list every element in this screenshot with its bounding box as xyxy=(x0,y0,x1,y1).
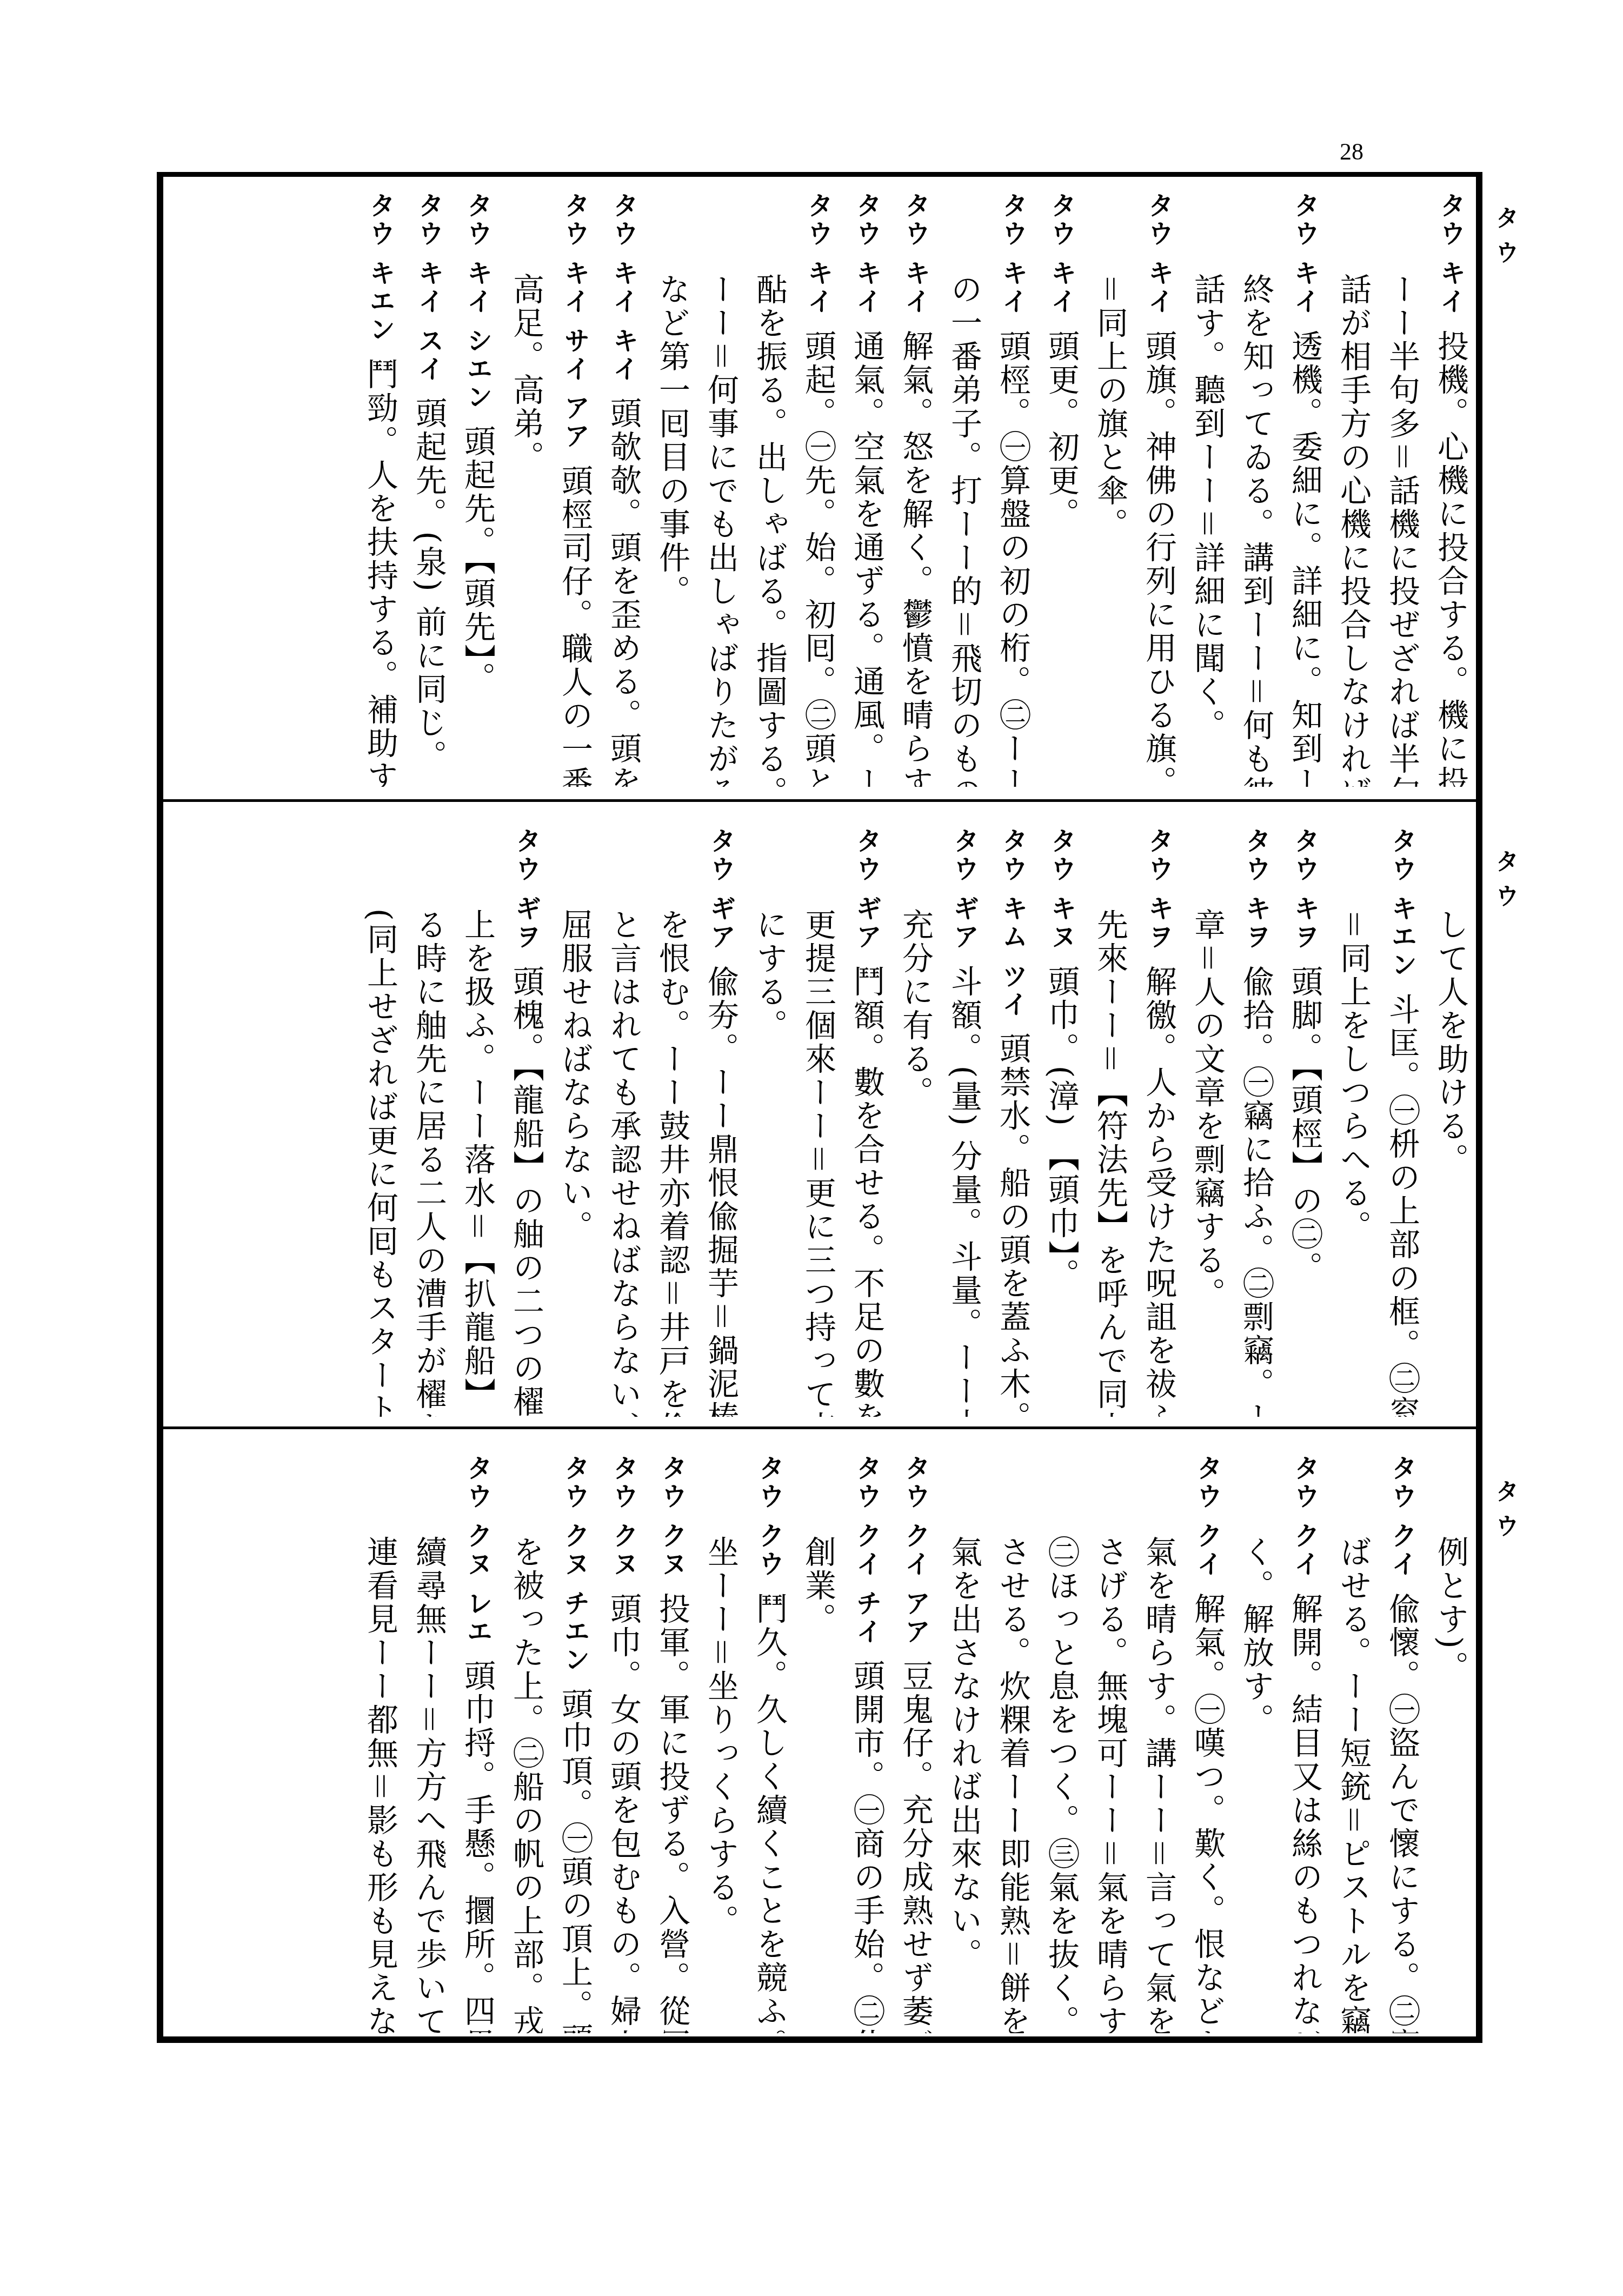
entry-text: 坐ーー＝坐りっくらする。 xyxy=(702,1536,739,1938)
entry-reading: タウ クウ xyxy=(754,1455,784,1578)
entry-reading: タウ キイ シエン xyxy=(462,192,493,411)
entry-continuation: 章＝人の文章を剽竊する。 xyxy=(1179,827,1227,1417)
dictionary-entry: タウ キイ サイ アア頭桱司仔。職人の一番弟子。 xyxy=(546,192,595,787)
entry-text: を被った上。㊁船の帆の上部。戎克の頂上の帆。 xyxy=(508,1536,544,2033)
entry-continuation: 氣を晴らす。講ーー＝言って氣を晴らす。溜飲を xyxy=(1130,1455,1179,2033)
dictionary-entry: タウ クイ アア豆鬼仔。充分成熟せず萎びた小な豆。 xyxy=(887,1455,935,2033)
entry-text: 頭巾頂。㊀頭の頂上。頭上。頭巾 xyxy=(556,1688,593,2033)
entry-text: ＝同上の旗と傘。 xyxy=(1092,273,1128,541)
entry-text: 頭槐。【龍船】の舳の二つの櫂。擧ーー＝同 xyxy=(508,965,544,1417)
margin-index-label: タウ xyxy=(1484,849,1522,918)
entry-text: 解徼。人から受けた呪詛を祓ふ。叫符法 xyxy=(1140,965,1177,1417)
dictionary-entry: タウ キイ頭旗。神佛の行列に用ひる旗。ーー涼傘 xyxy=(1130,192,1179,787)
entry-text: 頭更。初更。 xyxy=(1043,330,1080,531)
entry-reading: タウ ギア xyxy=(706,827,736,951)
entry-text: 解氣。怒を解く。鬱憤を晴らす。 xyxy=(897,330,934,787)
entry-continuation: る時に舳先に居る二人の漕手が櫂を動かすこと xyxy=(400,827,449,1417)
entry-continuation: 創業。 xyxy=(789,1455,838,2033)
entry-continuation: ーー＝何事にでも出しゃばりたがる。㊂訴訟事件 xyxy=(692,192,741,787)
entry-text: にする。 xyxy=(751,908,788,1043)
entry-reading: タウ キイ xyxy=(1289,192,1320,316)
dictionary-entry: タウ キイ シエン頭起先。【頭先】。 xyxy=(449,192,497,787)
entry-continuation: (同上せざれば更に何囘もスタートをきり直すを xyxy=(351,827,400,1417)
entry-reading: タウ クイ xyxy=(1289,1455,1320,1578)
dictionary-entry: タウ クイ解開。結目又は絲のもつれなどを解く。緍 xyxy=(1276,1455,1325,2033)
dictionary-entry: タウ クヌ頭巾。女の頭を包むもの。婦人の頭巾。鉢 xyxy=(595,1455,643,2033)
entry-reading: タウ クイ xyxy=(1387,1455,1417,1578)
entry-text: 例とす)。 xyxy=(1432,1536,1469,1684)
entry-text: 更提三個來ーー＝更に三つ持って來て一定の數 xyxy=(800,908,836,1417)
entry-text: 屈服せねばならない。 xyxy=(556,908,593,1244)
entry-text: 氣を晴らす。講ーー＝言って氣を晴らす。溜飲を xyxy=(1140,1536,1177,2033)
entry-continuation: 充分に有る。 xyxy=(887,827,935,1417)
entry-text: など第一囘目の事件。 xyxy=(654,273,690,608)
entry-continuation: 更提三個來ーー＝更に三つ持って來て一定の數 xyxy=(789,827,838,1417)
entry-band-bottom: 例とす)。タウ クイ偸懷。㊀盜んで懷にする。㊁竊に懷中に忍ばせる。ーー短銃＝ピス… xyxy=(168,1455,1471,2033)
entry-reading: タウ クヌ チエン xyxy=(560,1455,590,1674)
entry-text: して人を助ける。 xyxy=(1432,908,1469,1177)
entry-text: 連看見ーー都無＝影も形も見えない。你都 xyxy=(362,1536,398,2033)
entry-continuation: 終を知ってゐる。講到ーー＝何も彼も打明けて xyxy=(1227,192,1276,787)
entry-text: 解氣。㊀嘆つ。歎く。恨などを人に話して xyxy=(1189,1592,1226,2033)
dictionary-entry: タウ キエン斗匡。㊀枡の上部の框。㊁窓框。張ーー xyxy=(1373,827,1422,1417)
entry-continuation: にする。 xyxy=(741,827,789,1417)
entry-text: 上を扱ふ。ーー落水＝【扒龍船】のスタートをき xyxy=(459,908,496,1417)
entry-reading: タウ キイ xyxy=(1046,192,1076,316)
entry-continuation: など第一囘目の事件。 xyxy=(643,192,692,787)
dictionary-entry: タウ キヌ頭巾。(漳) 【頭巾】。 xyxy=(1033,827,1081,1417)
entry-continuation: さげる。無塊可ーー＝氣を晴らす方法が無い。 xyxy=(1081,1455,1130,2033)
entry-reading: タウ キヲ xyxy=(1241,827,1271,951)
entry-text: 話が相手方の心機に投合しなければ半句も多い。 xyxy=(1335,273,1372,787)
entry-text: 頭巾。女の頭を包むもの。婦人の頭巾。鉢 xyxy=(605,1592,642,2033)
entry-reading: タウ クヌ xyxy=(657,1455,687,1578)
entry-text: 頭脚。【頭桱】の㊁。 xyxy=(1286,965,1323,1285)
entry-text: 頭桱司仔。職人の一番弟子。 xyxy=(556,464,593,787)
dictionary-entry: タウ キイ解氣。怒を解く。鬱憤を晴らす。 xyxy=(887,192,935,787)
entry-text: 頭旗。神佛の行列に用ひる旗。ーー涼傘 xyxy=(1140,330,1177,787)
entry-text: 續尋無ーー＝方方へ飛んで歩いて捜様がない。 xyxy=(410,1536,447,2033)
entry-continuation: 屈服せねばならない。 xyxy=(546,827,595,1417)
entry-continuation: 話す。聽到ーー＝詳細に聞く。 xyxy=(1179,192,1227,787)
entry-continuation: ーー半句多＝話機に投ぜざれば半句も多し、 xyxy=(1373,192,1422,787)
entry-text: 創業。 xyxy=(800,1536,836,1636)
dictionary-entry: タウ ギア斗額。(量) 分量。斗量。ーー十足＝分量が xyxy=(935,827,984,1417)
entry-text: 斗額。(量) 分量。斗量。ーー十足＝分量が xyxy=(946,965,982,1417)
entry-text: 氣を出さなければ出來ない。 xyxy=(946,1536,982,1972)
entry-reading: タウ キイ xyxy=(900,192,930,316)
dictionary-entry: タウ キイ頭起。㊀先。始。初囘。㊁頭となる。釆 xyxy=(789,192,838,787)
entry-text: 頭禁水。船の頭を蓋ふ木。 xyxy=(994,1032,1031,1417)
entry-text: 鬥勁。人を扶持する。補助する。錢を出 xyxy=(362,358,398,787)
entry-text: 先來ーー＝【符法先】を呼んで同上してもらふ。 xyxy=(1092,908,1128,1417)
dictionary-entry: タウ ギア鬥額。數を合せる。不足の數を埋合せる。 xyxy=(838,827,887,1417)
entry-continuation: ばせる。ーー短銃＝ピストルを竊に懷中する。 xyxy=(1325,1455,1373,2033)
entry-reading: タウ ギア xyxy=(852,827,882,951)
entry-text: ーー＝何事にでも出しゃばりたがる。㊂訴訟事件 xyxy=(702,273,739,787)
entry-text: ばせる。ーー短銃＝ピストルを竊に懷中する。 xyxy=(1335,1536,1372,2033)
entry-reading: タウ キイ xyxy=(852,192,882,316)
dictionary-entry: タウ キイ投機。心機に投合する。機に投する。話不 xyxy=(1422,192,1471,787)
entry-reading: タウ クヌ レエ xyxy=(462,1455,493,1645)
entry-text: 頭巾。(漳) 【頭巾】。 xyxy=(1043,965,1080,1292)
entry-text: ＝同上をしつらへる。 xyxy=(1335,908,1372,1244)
dictionary-entry: タウ キイ キイ頭欹欹。頭を歪める。頭をまげる。 xyxy=(595,192,643,787)
entry-text: 頭起先。(泉) 前に同じ。 xyxy=(410,397,447,773)
entry-reading: タウ キエン xyxy=(365,192,395,344)
entry-reading: タウ クイ xyxy=(1192,1455,1222,1578)
entry-text: ㊁ほっと息をつく。㊂氣を抜く。蒸氣などを放出 xyxy=(1043,1536,1080,2033)
entry-text: 豆鬼仔。充分成熟せず萎びた小な豆。 xyxy=(897,1660,934,2033)
entry-text: 偸夯。ーー鼎恨偸掘芋＝鍋泥棒が芋盜人 xyxy=(702,965,739,1417)
dictionary-entry: タウ クイ チイ頭開市。㊀商の手始。㊁仕事の仕始。 xyxy=(838,1455,887,2033)
entry-continuation: 先來ーー＝【符法先】を呼んで同上してもらふ。 xyxy=(1081,827,1130,1417)
entry-continuation: の一番弟子。打ーー的＝飛切のもの。無比のもの。 xyxy=(935,192,984,787)
entry-text: の一番弟子。打ーー的＝飛切のもの。無比のもの。 xyxy=(946,273,982,787)
entry-text: 終を知ってゐる。講到ーー＝何も彼も打明けて xyxy=(1238,273,1274,787)
entry-continuation: 連看見ーー都無＝影も形も見えない。你都 xyxy=(351,1455,400,2033)
margin-index-label: タウ xyxy=(1484,1479,1522,1548)
dictionary-entry: タウ キヲ偸拾。㊀竊に拾ふ。㊁剽竊。ーー人的文 xyxy=(1227,827,1276,1417)
margin-index-label: タウ xyxy=(1484,205,1522,275)
entry-continuation: 續尋無ーー＝方方へ飛んで歩いて捜様がない。 xyxy=(400,1455,449,2033)
entry-text: (同上せざれば更に何囘もスタートをきり直すを xyxy=(362,908,398,1417)
entry-band-middle: して人を助ける。タウ キエン斗匡。㊀枡の上部の框。㊁窓框。張ーー＝同上をしつらへ… xyxy=(168,827,1471,1417)
entry-continuation: して人を助ける。 xyxy=(1422,827,1471,1417)
entry-text: 酟を振る。出しゃばる。指圖する。各項事要欲 xyxy=(751,273,788,787)
entry-reading: タウ キイ xyxy=(997,192,1028,316)
dictionary-entry: タウ クヌ チエン頭巾頂。㊀頭の頂上。頭上。頭巾 xyxy=(546,1455,595,2033)
dictionary-entry: タウ ギヲ頭槐。【龍船】の舳の二つの櫂。擧ーー＝同 xyxy=(497,827,546,1417)
entry-reading: タウ キイ xyxy=(1435,192,1466,316)
section-divider xyxy=(163,1426,1476,1429)
dictionary-entry: タウ クウ鬥久。久しく續くことを競ふ。根競する。 xyxy=(741,1455,789,2033)
entry-text: 斗匡。㊀枡の上部の框。㊁窓框。張ーー xyxy=(1383,993,1420,1417)
entry-continuation: を恨む。ーー鼓井亦着認＝井戸を偸んだらう xyxy=(643,827,692,1417)
entry-reading: タウ ギヲ xyxy=(511,827,541,951)
entry-text: ーー半句多＝話機に投ぜざれば半句も多し、 xyxy=(1383,273,1420,787)
entry-text: 頭巾捋。手懸。攌所。四界瑠瑠走 xyxy=(459,1660,496,2033)
entry-text: 投機。心機に投合する。機に投する。話不 xyxy=(1432,330,1469,787)
entry-continuation: ㊁ほっと息をつく。㊂氣を抜く。蒸氣などを放出 xyxy=(1033,1455,1081,2033)
entry-continuation: ＝同上の旗と傘。 xyxy=(1081,192,1130,787)
dictionary-entry: タウ キイ頭桱。㊀算盤の初の桁。㊁ーー司仔＝職人 xyxy=(984,192,1033,787)
dictionary-entry: タウ キイ通氣。空氣を通ずる。通風。ーー窓＝風窓。 xyxy=(838,192,887,787)
entry-text: 頭桱。㊀算盤の初の桁。㊁ーー司仔＝職人 xyxy=(994,330,1031,787)
dictionary-entry: タウ キム ツイ頭禁水。船の頭を蓋ふ木。 xyxy=(984,827,1033,1417)
entry-reading: タウ クヌ xyxy=(608,1455,638,1578)
entry-text: 頭起先。【頭先】。 xyxy=(459,425,496,695)
entry-text: 偸拾。㊀竊に拾ふ。㊁剽竊。ーー人的文 xyxy=(1238,965,1274,1417)
entry-reading: タウ キイ xyxy=(803,192,833,316)
dictionary-entry: タウ キエン鬥勁。人を扶持する。補助する。錢を出 xyxy=(351,192,400,787)
entry-continuation: 氣を出さなければ出來ない。 xyxy=(935,1455,984,2033)
entry-continuation: 酟を振る。出しゃばる。指圖する。各項事要欲 xyxy=(741,192,789,787)
dictionary-entry: タウ キイ透機。委細に。詳細に。知到ーー＝一部始 xyxy=(1276,192,1325,787)
dictionary-entry: タウ クヌ レエ頭巾捋。手懸。攌所。四界瑠瑠走 xyxy=(449,1455,497,2033)
entry-continuation: ＝同上をしつらへる。 xyxy=(1325,827,1373,1417)
entry-text: く。解放す。 xyxy=(1238,1536,1274,1737)
dictionary-entry: タウ キイ頭更。初更。 xyxy=(1033,192,1081,787)
entry-reading: タウ キヲ xyxy=(1143,827,1174,951)
section-divider xyxy=(163,799,1476,802)
dictionary-entry: タウ キヲ頭脚。【頭桱】の㊁。 xyxy=(1276,827,1325,1417)
entry-reading: タウ キイ xyxy=(1143,192,1174,316)
dictionary-entry: タウ ギア偸夯。ーー鼎恨偸掘芋＝鍋泥棒が芋盜人 xyxy=(692,827,741,1417)
entry-text: 偸懷。㊀盜んで懷にする。㊁竊に懷中に忍 xyxy=(1383,1592,1420,2033)
entry-continuation: させる。炊粿着ーー即能熟＝餅を蒸すには蒸 xyxy=(984,1455,1033,2033)
entry-text: 鬥久。久しく續くことを競ふ。根競する。 xyxy=(751,1592,788,2033)
entry-text: 透機。委細に。詳細に。知到ーー＝一部始 xyxy=(1286,330,1323,787)
entry-continuation: く。解放す。 xyxy=(1227,1455,1276,2033)
entry-text: 解開。結目又は絲のもつれなどを解く。緍 xyxy=(1286,1592,1323,2033)
entry-text: 充分に有る。 xyxy=(897,908,934,1110)
dictionary-entry: タウ クイ解氣。㊀嘆つ。歎く。恨などを人に話して xyxy=(1179,1455,1227,2033)
entry-reading: タウ キム ツイ xyxy=(997,827,1028,1018)
entry-text: 投軍。軍に投ずる。入營。從軍。「卷」 xyxy=(654,1592,690,2033)
entry-continuation: を被った上。㊁船の帆の上部。戎克の頂上の帆。 xyxy=(497,1455,546,2033)
entry-continuation: 高足。高弟。 xyxy=(497,192,546,787)
dictionary-entry: タウ クヌ投軍。軍に投ずる。入營。從軍。「卷」 xyxy=(643,1455,692,2033)
entry-reading: タウ クイ チイ xyxy=(852,1455,882,1645)
entry-reading: タウ クイ アア xyxy=(900,1455,930,1645)
dictionary-entry: タウ キヲ解徼。人から受けた呪詛を祓ふ。叫符法 xyxy=(1130,827,1179,1417)
entry-text: 話す。聽到ーー＝詳細に聞く。 xyxy=(1189,273,1226,742)
entry-continuation: と言はれても承認せねばならない、非常な寃罪も xyxy=(595,827,643,1417)
entry-reading: タウ キイ キイ xyxy=(608,192,638,383)
entry-text: と言はれても承認せねばならない、非常な寃罪も xyxy=(605,908,642,1417)
dictionary-entry: タウ クイ偸懷。㊀盜んで懷にする。㊁竊に懷中に忍 xyxy=(1373,1455,1422,2033)
entry-text: 頭欹欹。頭を歪める。頭をまげる。 xyxy=(605,397,642,787)
entry-text: 通氣。空氣を通ずる。通風。ーー窓＝風窓。 xyxy=(848,330,885,787)
entry-continuation: 話が相手方の心機に投合しなければ半句も多い。 xyxy=(1325,192,1373,787)
entry-text: る時に舳先に居る二人の漕手が櫂を動かすこと xyxy=(410,908,447,1417)
entry-continuation: 例とす)。 xyxy=(1422,1455,1471,2033)
entry-text: を恨む。ーー鼓井亦着認＝井戸を偸んだらう xyxy=(654,908,690,1417)
entry-reading: タウ キヌ xyxy=(1046,827,1076,951)
entry-text: 高足。高弟。 xyxy=(508,273,544,474)
entry-continuation: 坐ーー＝坐りっくらする。 xyxy=(692,1455,741,2033)
entry-reading: タウ キエン xyxy=(1387,827,1417,979)
entry-reading: タウ キヲ xyxy=(1289,827,1320,951)
entry-text: 頭起。㊀先。始。初囘。㊁頭となる。釆 xyxy=(800,330,836,787)
entry-reading: タウ ギア xyxy=(949,827,979,951)
entry-text: 鬥額。數を合せる。不足の數を埋合せる。 xyxy=(848,965,885,1417)
entry-text: 頭開市。㊀商の手始。㊁仕事の仕始。 xyxy=(848,1660,885,2033)
entry-reading: タウ キイ スイ xyxy=(414,192,444,383)
page-number: 28 xyxy=(1340,138,1363,165)
entry-band-top: タウ キイ投機。心機に投合する。機に投する。話不ーー半句多＝話機に投ぜざれば半句… xyxy=(168,192,1471,787)
entry-text: 章＝人の文章を剽竊する。 xyxy=(1189,908,1226,1311)
entry-reading: タウ キイ サイ アア xyxy=(560,192,590,450)
dictionary-entry: タウ キイ スイ頭起先。(泉) 前に同じ。 xyxy=(400,192,449,787)
entry-continuation: 上を扱ふ。ーー落水＝【扒龍船】のスタートをき xyxy=(449,827,497,1417)
entry-text: させる。炊粿着ーー即能熟＝餅を蒸すには蒸 xyxy=(994,1536,1031,2033)
entry-text: さげる。無塊可ーー＝氣を晴らす方法が無い。 xyxy=(1092,1536,1128,2033)
